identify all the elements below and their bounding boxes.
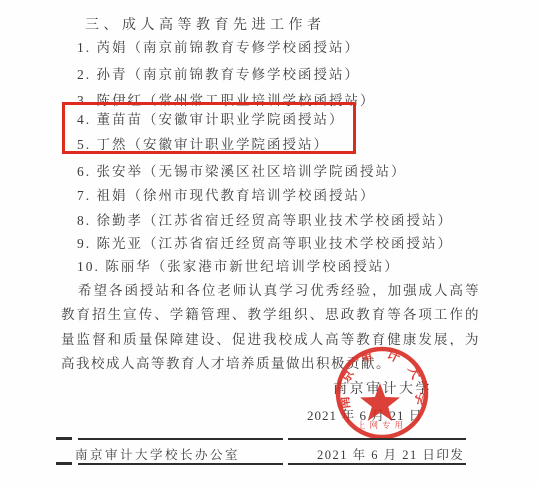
list-item-6: 6. 张安举（无锡市梁溪区社区培训学院函授站） <box>77 160 407 180</box>
footer-top-rule-left <box>78 438 283 440</box>
official-seal: 南京审计大学 上网专用 <box>322 333 442 451</box>
list-item-7: 7. 祖娟（徐州市现代教育培训学校函授站） <box>77 184 376 204</box>
list-item-2: 2. 孙青（南京前锦教育专修学校函授站） <box>77 63 360 83</box>
seal-sub-text: 上网专用 <box>357 420 407 430</box>
list-item-1: 1. 芮娟（南京前锦教育专修学校函授站） <box>77 36 360 56</box>
seal-star-icon <box>360 383 400 421</box>
footer-print-date: 2021 年 6 月 21 日印发 <box>317 445 464 463</box>
document-page: 三、成人高等教育先进工作者 1. 芮娟（南京前锦教育专修学校函授站） 2. 孙青… <box>0 0 540 486</box>
footer-issuer: 南京审计大学校长办公室 <box>75 445 240 463</box>
closing-paragraph-line-1: 希望各函授站和各位老师认真学习优秀经验，加强成人高等 <box>78 279 480 297</box>
footer-top-rule-right <box>288 438 466 440</box>
list-item-8: 8. 徐勤孝（江苏省宿迁经贸高等职业技术学校函授站） <box>77 209 453 229</box>
red-highlight-box <box>62 102 356 154</box>
closing-paragraph-line-2: 教育招生宣传、学籍管理、教学组织、思政教育等各项工作的质 <box>61 303 480 321</box>
footer-bottom-rule-dash <box>56 462 72 465</box>
footer-bottom-rule-left <box>78 463 283 465</box>
list-item-9: 9. 陈光亚（江苏省宿迁经贸高等职业技术学校函授站） <box>77 232 453 252</box>
footer-bottom-rule-right <box>288 463 466 465</box>
footer-top-rule-dash <box>56 437 72 440</box>
list-item-10: 10. 陈丽华（张家港市新世纪培训学校函授站） <box>77 255 400 275</box>
section-heading: 三、成人高等教育先进工作者 <box>85 14 326 34</box>
